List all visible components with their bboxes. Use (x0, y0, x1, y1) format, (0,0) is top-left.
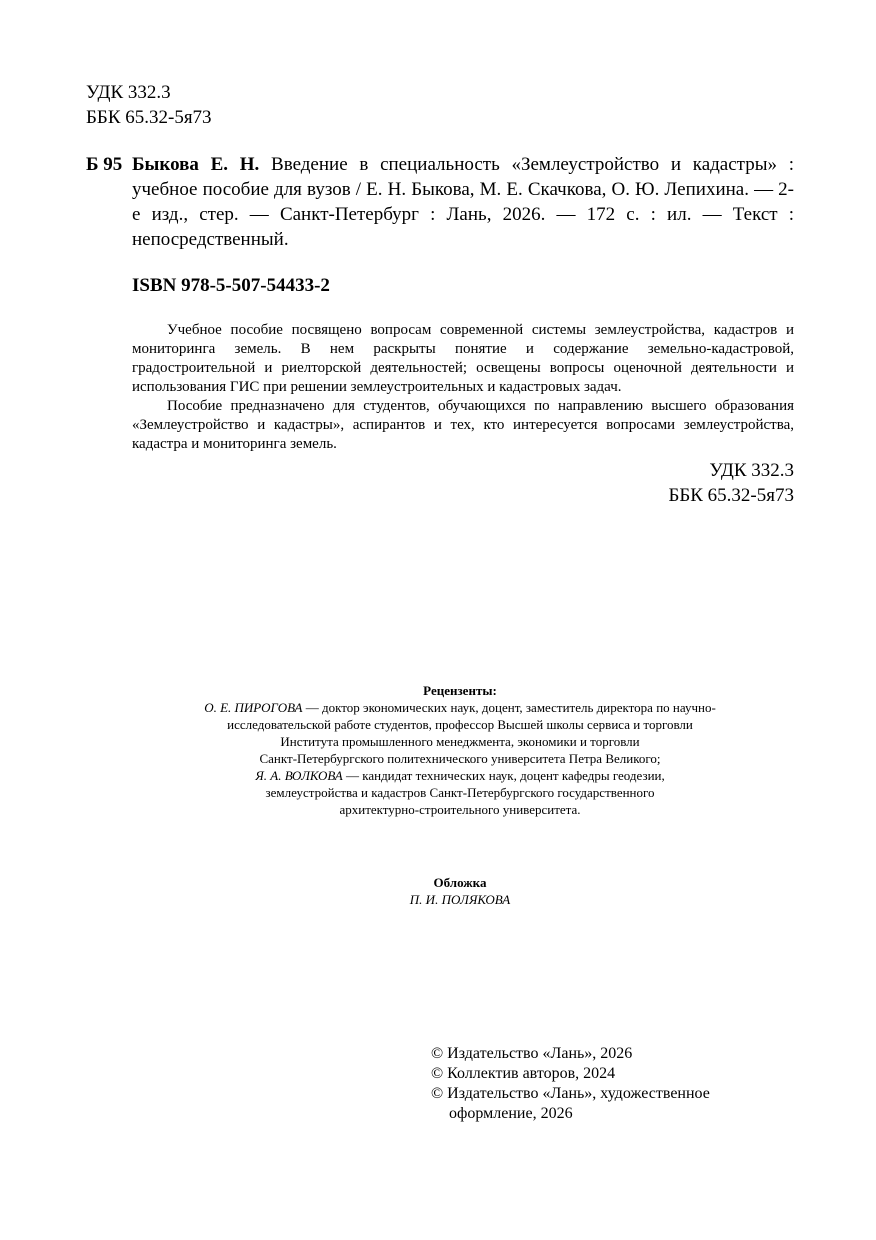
reviewer: Я. А. ВОЛКОВА — кандидат технических нау… (150, 767, 770, 818)
copyright-line: © Коллектив авторов, 2024 (431, 1064, 710, 1084)
udk-code: УДК 332.3 (86, 80, 212, 105)
reviewer-details: Института промышленного менеджмента, эко… (150, 733, 770, 750)
reviewer-details: — доктор экономических наук, доцент, зам… (302, 700, 715, 715)
bbk-code: ББК 65.32-5я73 (668, 483, 794, 508)
bbk-code: ББК 65.32-5я73 (86, 105, 212, 130)
reviewers-title: Рецензенты: (150, 682, 770, 699)
isbn: ISBN 978-5-507-54433-2 (132, 275, 330, 297)
copyright-block: © Издательство «Лань», 2026 © Коллектив … (431, 1044, 710, 1124)
reviewer-details: — кандидат технических наук, доцент кафе… (343, 768, 665, 783)
author-name: Быкова Е. Н. (132, 154, 259, 175)
reviewer-details: землеустройства и кадастров Санкт-Петерб… (150, 784, 770, 801)
annotation-paragraph: Пособие предназначено для студентов, обу… (132, 397, 794, 454)
reviewer-details: Санкт-Петербургского политехнического ун… (150, 750, 770, 767)
annotation-paragraph: Учебное пособие посвящено вопросам совре… (132, 321, 794, 397)
annotation: Учебное пособие посвящено вопросам совре… (132, 321, 794, 454)
cover-title: Обложка (390, 874, 530, 891)
reviewer: О. Е. ПИРОГОВА — доктор экономических на… (150, 699, 770, 767)
bibliographic-description: Быкова Е. Н. Введение в специальность «З… (86, 152, 794, 252)
author-sign: Б 95 (86, 152, 122, 177)
classification-codes-bottom: УДК 332.3 ББК 65.32-5я73 (668, 458, 794, 508)
bibliographic-record: Б 95 Быкова Е. Н. Введение в специальнос… (86, 152, 794, 252)
classification-codes-top: УДК 332.3 ББК 65.32-5я73 (86, 80, 212, 130)
reviewer-name: О. Е. ПИРОГОВА (204, 700, 302, 715)
reviewers-section: Рецензенты: О. Е. ПИРОГОВА — доктор экон… (150, 682, 770, 818)
copyright-line: © Издательство «Лань», 2026 (431, 1044, 710, 1064)
cover-credit: Обложка П. И. ПОЛЯКОВА (390, 874, 530, 908)
cover-designer: П. И. ПОЛЯКОВА (390, 891, 530, 908)
reviewer-details: архитектурно-строительного университета. (150, 801, 770, 818)
reviewer-details: исследовательской работе студентов, проф… (150, 716, 770, 733)
copyright-line: © Издательство «Лань», художественное (431, 1084, 710, 1104)
reviewer-name: Я. А. ВОЛКОВА (255, 768, 342, 783)
udk-code: УДК 332.3 (668, 458, 794, 483)
copyright-line: оформление, 2026 (431, 1104, 710, 1124)
